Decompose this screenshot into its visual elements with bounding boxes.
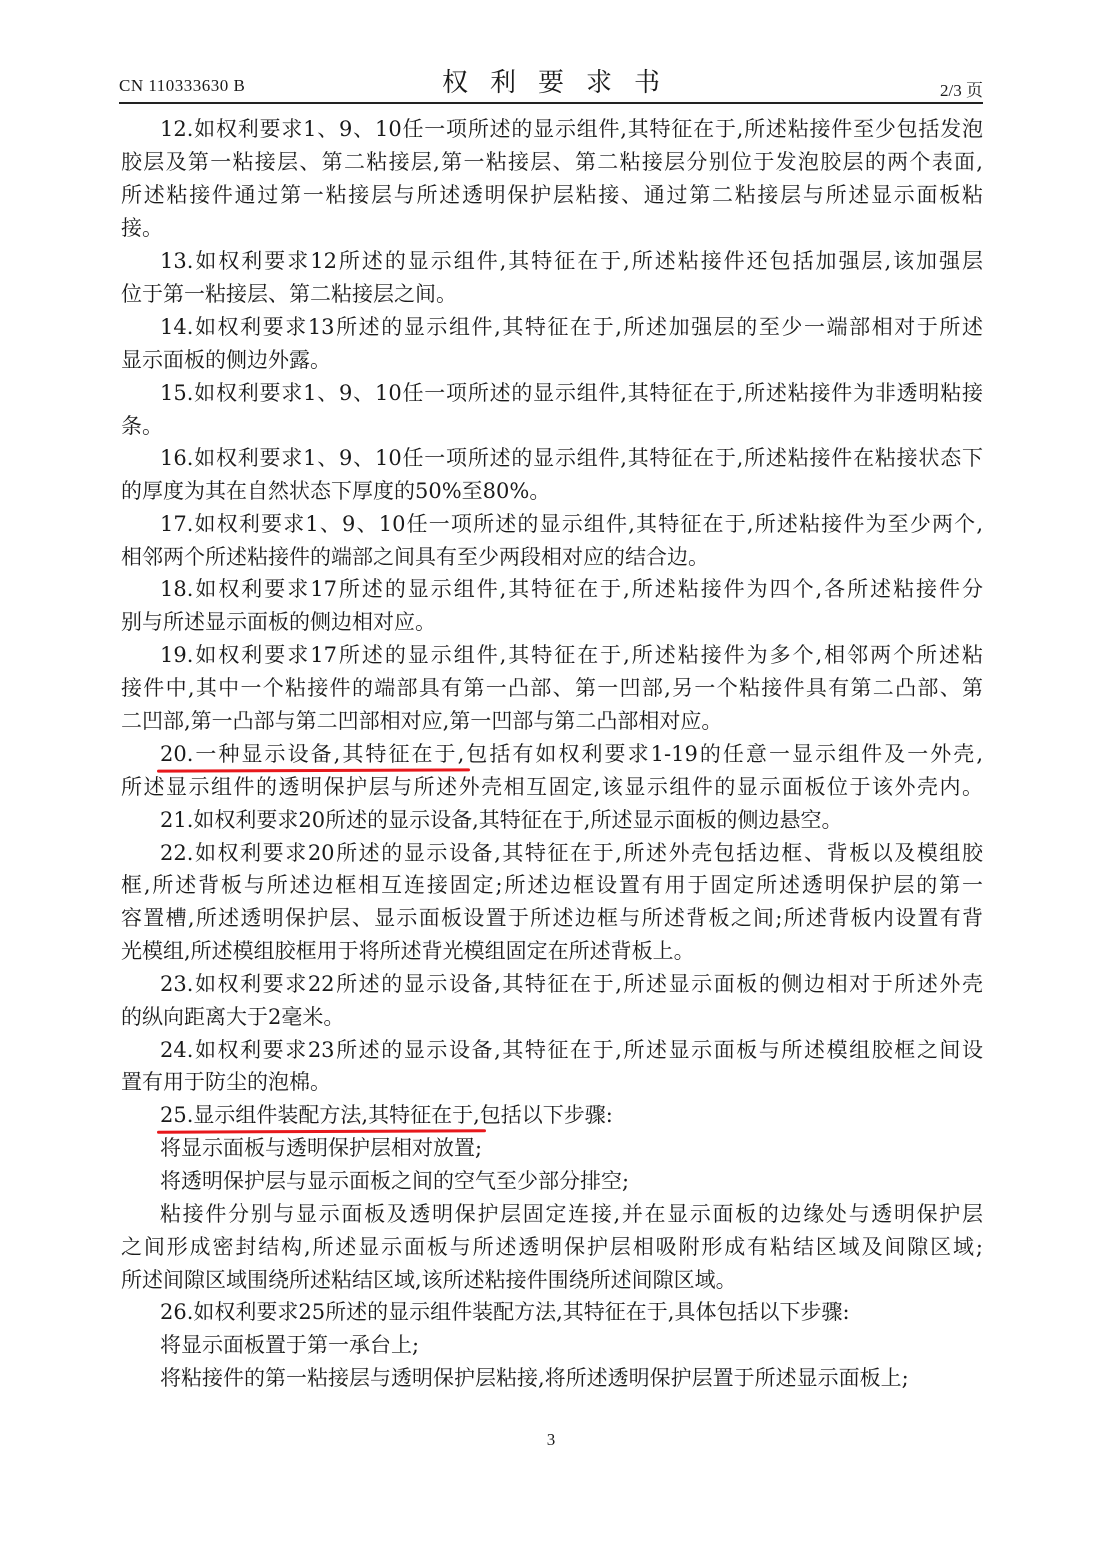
claim-text-line: 14.如权利要求13所述的显示组件,其特征在于,所述加强层的至少一端部相对于所述 [160,311,983,343]
document-title: 权利要求书 [119,62,983,99]
claim-text-line: 条。 [121,410,983,442]
claim-text-line: 25.显示组件装配方法,其特征在于,包括以下步骤: [160,1099,983,1131]
claim-text-line: 之间形成密封结构,所述显示面板与所述透明保护层相吸附形成有粘结区域及间隙区域; [121,1231,983,1263]
claim-text-line: 光模组,所述模组胶框用于将所述背光模组固定在所述背板上。 [121,935,983,967]
claim-text-line: 12.如权利要求1、9、10任一项所述的显示组件,其特征在于,所述粘接件至少包括… [160,113,983,145]
claim-text-line: 19.如权利要求17所述的显示组件,其特征在于,所述粘接件为多个,相邻两个所述粘 [160,639,983,671]
claim-text-line: 13.如权利要求12所述的显示组件,其特征在于,所述粘接件还包括加强层,该加强层 [160,245,983,277]
claim-text-line: 15.如权利要求1、9、10任一项所述的显示组件,其特征在于,所述粘接件为非透明… [160,377,983,409]
claim-text-line: 23.如权利要求22所述的显示设备,其特征在于,所述显示面板的侧边相对于所述外壳 [160,968,983,1000]
document-header: CN 110333630 B 权利要求书 2/3 页 [119,62,983,102]
claim-text-line: 所述显示组件的透明保护层与所述外壳相互固定,该显示组件的显示面板位于该外壳内。 [121,771,983,803]
red-underline-highlight: 25.显示组件装配方法,其特征在于, [160,1103,480,1127]
claim-text-line: 将显示面板置于第一承台上; [160,1329,983,1361]
claim-text-line: 的纵向距离大于2毫米。 [121,1001,983,1033]
claim-text-line: 别与所述显示面板的侧边相对应。 [121,606,983,638]
claim-text-line: 16.如权利要求1、9、10任一项所述的显示组件,其特征在于,所述粘接件在粘接状… [160,442,983,474]
claim-text-line: 将透明保护层与显示面板之间的空气至少部分排空; [160,1165,983,1197]
claim-text-line: 将显示面板与透明保护层相对放置; [160,1132,983,1164]
claim-text-line: 22.如权利要求20所述的显示设备,其特征在于,所述外壳包括边框、背板以及模组胶 [160,837,983,869]
claim-text-line: 17.如权利要求1、9、10任一项所述的显示组件,其特征在于,所述粘接件为至少两… [160,508,983,540]
header-rule [119,102,983,104]
claim-text-line: 框,所述背板与所述边框相互连接固定;所述边框设置有用于固定所述透明保护层的第一 [121,869,983,901]
claim-text-line: 所述间隙区域围绕所述粘结区域,该所述粘接件围绕所述间隙区域。 [121,1264,983,1296]
claim-text-line: 18.如权利要求17所述的显示组件,其特征在于,所述粘接件为四个,各所述粘接件分 [160,573,983,605]
claim-text-line: 26.如权利要求25所述的显示组件装配方法,其特征在于,具体包括以下步骤: [160,1296,983,1328]
claim-text-line: 显示面板的侧边外露。 [121,344,983,376]
claim-text-line: 的厚度为其在自然状态下厚度的50%至80%。 [121,475,983,507]
claim-text-line: 21.如权利要求20所述的显示设备,其特征在于,所述显示面板的侧边悬空。 [160,804,983,836]
claim-text-line: 粘接件分别与显示面板及透明保护层固定连接,并在显示面板的边缘处与透明保护层 [160,1198,983,1230]
claim-text-line: 容置槽,所述透明保护层、显示面板设置于所述边框与所述背板之间;所述背板内设置有背 [121,902,983,934]
claim-text-line: 将粘接件的第一粘接层与透明保护层粘接,将所述透明保护层置于所述显示面板上; [160,1362,983,1394]
red-underline-highlight: 20.一种显示设备,其特征在于, [160,742,464,766]
claim-text-line: 所述粘接件通过第一粘接层与所述透明保护层粘接、通过第二粘接层与所述显示面板粘 [121,179,983,211]
claim-text-line: 位于第一粘接层、第二粘接层之间。 [121,278,983,310]
claim-text-line: 接。 [121,212,983,244]
claim-text-line: 二凹部,第一凸部与第二凹部相对应,第一凹部与第二凸部相对应。 [121,705,983,737]
claim-text-line: 相邻两个所述粘接件的端部之间具有至少两段相对应的结合边。 [121,541,983,573]
claim-text-line: 胶层及第一粘接层、第二粘接层,第一粘接层、第二粘接层分别位于发泡胶层的两个表面, [121,146,983,178]
claim-text-line: 接件中,其中一个粘接件的端部具有第一凸部、第一凹部,另一个粘接件具有第二凸部、第 [121,672,983,704]
claim-text-line: 24.如权利要求23所述的显示设备,其特征在于,所述显示面板与所述模组胶框之间设 [160,1034,983,1066]
claim-text-line: 置有用于防尘的泡棉。 [121,1066,983,1098]
page-number: 3 [0,1430,1102,1450]
page-count: 2/3 页 [940,76,983,101]
claim-text-line: 20.一种显示设备,其特征在于,包括有如权利要求1-19的任意一显示组件及一外壳… [160,738,983,770]
